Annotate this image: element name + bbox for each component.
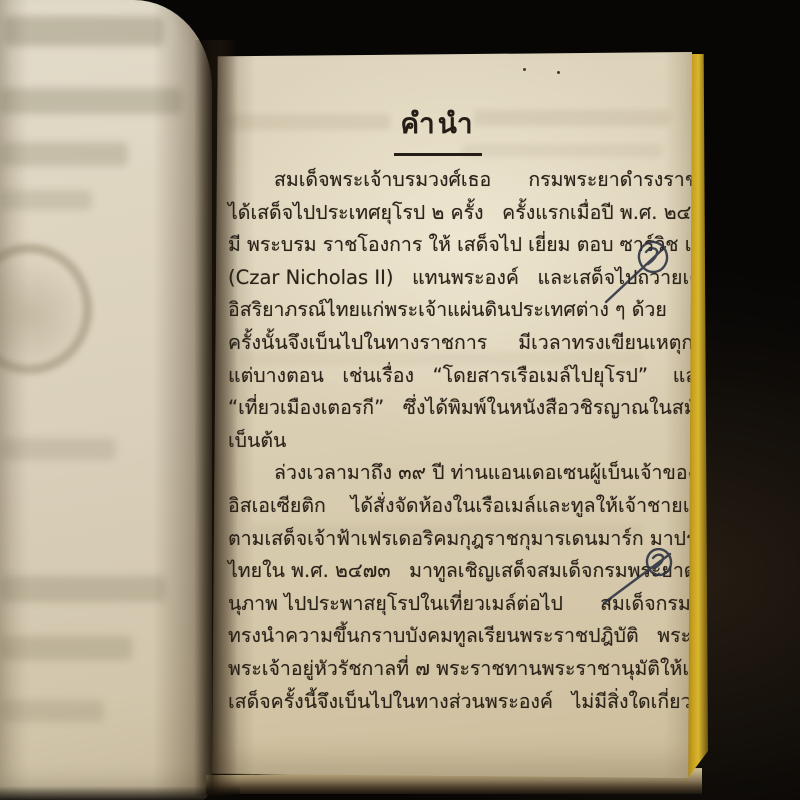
left-page (0, 0, 212, 800)
ghost-text-smudge (0, 438, 116, 460)
stamp-ghost (0, 244, 92, 374)
ghost-text-smudge (0, 88, 182, 114)
text-line: ไทยใน พ.ศ. ๒๔๗๓ มาทูลเชิญเสด็จสมเด็จกรมพ… (228, 555, 680, 588)
text-line: พระเจ้าอยู่หัวรัชกาลที่ ๗ พระราชทานพระรา… (228, 653, 680, 686)
text-line: เสด็จครั้งนี้จึงเบ็นไปในทางส่วนพระองค์ ไ… (228, 686, 680, 719)
text-line: นุภาพ ไปประพาสยุโรปในเที่ยวเมล์ต่อไป สมเ… (228, 588, 680, 621)
text-line: แต่บางตอน เช่นเรื่อง “โดยสารเรือเมล์ไปยุ… (228, 360, 680, 393)
ghost-text-smudge (0, 636, 132, 660)
text-line: สมเด็จพระเจ้าบรมวงศ์เธอ กรมพระยาดำรงราชา… (228, 164, 680, 197)
page-title: คำนำ (394, 102, 481, 156)
text-line: “เที่ยวเมืองเตอรกี” ซึ่งได้พิมพ์ในหนังสื… (228, 392, 680, 425)
text-line: มี พระบรม ราชโองการ ให้ เสด็จไป เยี่ยม ต… (228, 229, 680, 262)
paper-speck (523, 68, 526, 71)
right-page: คำนำ สมเด็จพระเจ้าบรมวงศ์เธอ กรมพระยาดำร… (212, 52, 692, 778)
ghost-text-smudge (0, 700, 104, 722)
text-line: เบ็นต้น (228, 425, 680, 458)
paper-speck (557, 71, 560, 74)
show-through-text (462, 144, 662, 157)
ghost-text-smudge (0, 576, 166, 602)
text-line: อิสริยาภรณ์ไทยแก่พระเจ้าแผ่นดินประเทศต่า… (228, 294, 680, 327)
show-through-text (228, 114, 390, 130)
ghost-text-smudge (0, 190, 92, 210)
ghost-text-smudge (0, 142, 128, 166)
text-line: ตามเสด็จเจ้าฟ้าเฟรเดอริคมกุฎราชกุมารเดนม… (228, 523, 680, 556)
text-lines: สมเด็จพระเจ้าบรมวงศ์เธอ กรมพระยาดำรงราชา… (228, 164, 680, 718)
text-line: ครั้งนั้นจึงเบ็นไปในทางราชการ มีเวลาทรงเ… (228, 327, 680, 360)
text-line: ทรงนำความขึ้นกราบบังคมทูลเรียนพระราชปฎิบ… (228, 620, 680, 653)
text-line: ได้เสด็จไปประเทศยุโรป ๒ ครั้ง ครั้งแรกเม… (228, 197, 680, 230)
text-line: ล่วงเวลามาถึง ๓๙ ปี ท่านแอนเดอเซนผู้เบ็น… (228, 457, 680, 490)
bottom-shadow (0, 786, 240, 800)
show-through-text (474, 110, 670, 126)
text-line: อิสเอเซียติก ได้สั่งจัดห้องในเรือเมล์และ… (228, 490, 680, 523)
text-line: (Czar Nicholas II) แทนพระองค์ และเสด็จไป… (228, 262, 680, 295)
ghost-text-smudge (4, 16, 164, 46)
